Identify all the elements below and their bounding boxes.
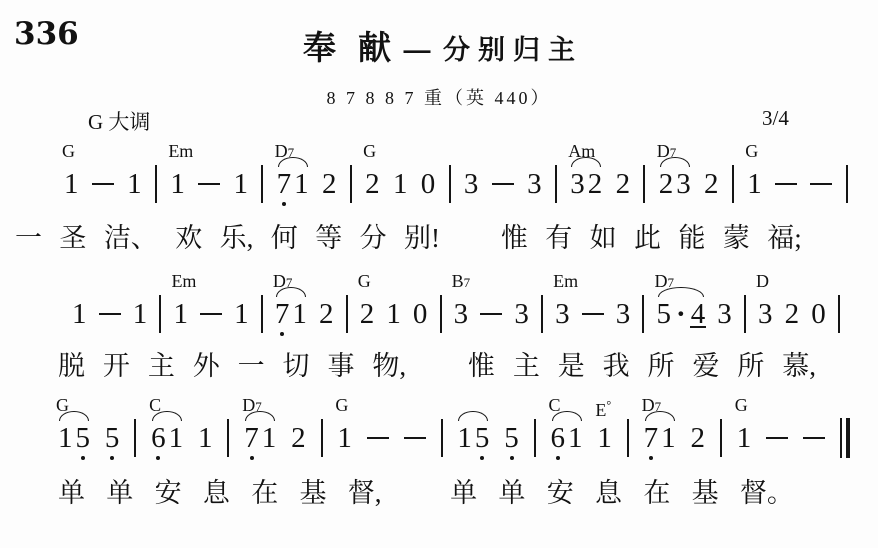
note-digit: 3 [514,296,529,332]
chord-root: G [363,141,376,161]
chord-label: G [735,396,748,414]
lyric-syllable: 如 [590,221,617,255]
lyric-syllable: 息 [595,476,622,510]
note: 2 [322,166,337,202]
note-digit: 3 [464,166,479,202]
chord-label: D7 [275,142,295,162]
note-digit: 4 [691,296,706,332]
lyric-syllable: 有 [545,221,572,255]
note-digit: 2 [365,166,380,202]
lyric-syllable: 福; [767,221,802,255]
note: 5 [105,420,120,456]
slur-group: D771 [244,420,276,456]
note-digit: 3 [616,296,631,332]
hymn-sheet-page: { "page": { "background": "#fdfdfd", "in… [0,0,878,548]
lyric-syllable: 分 [360,221,387,255]
note-digit: 7 [244,420,259,456]
lyric-syllable: 基 [299,476,326,510]
note-digit: 7 [275,296,290,332]
note: 3 [514,296,529,332]
lyric-line-2: 脱开主外一切事物,惟主是我所爱所慕, [58,349,816,383]
chord-label: G [363,142,376,160]
chord-label: E° [595,396,611,419]
lyric-syllable: 脱 [58,349,85,383]
note: 1 [386,296,401,332]
note: 2 [691,420,706,456]
duration-dash [803,437,825,440]
chord-root: D [242,395,255,415]
note-digit: 2 [291,420,306,456]
lyric-syllable: 此 [634,221,661,255]
note: 3 [527,166,542,202]
note: Em1 [173,296,188,332]
lyric-syllable: 慕, [782,349,816,383]
note-digit: 2 [360,296,375,332]
note-digit: 1 [64,166,79,202]
barline [534,419,536,457]
lyric-syllable: 主 [148,349,175,383]
note-digit: 1 [737,420,752,456]
duration-dash [775,183,797,186]
slur-group: 15 [457,420,489,456]
music-line-2: 11Em11D7712G210B733Em33D75·43D320 [72,296,840,332]
note-digit: 1 [292,296,307,332]
lyric-syllable: 物, [372,349,406,383]
note-digit: 3 [717,296,732,332]
note-digit: 1 [72,296,87,332]
chord-root: B [452,271,464,291]
note-digit: 3 [555,296,570,332]
duration-dash [480,313,502,316]
chord-label: C [549,396,561,414]
chord-label: G [358,272,371,290]
duration-dash [198,183,220,186]
note: 1 [133,296,148,332]
note: G1 [747,166,762,202]
lyric-syllable: 主 [513,349,540,383]
chord-label: D7 [655,272,675,292]
slur-group: C61 [551,420,583,456]
note: 3 [616,296,631,332]
chord-number: 7 [255,399,262,414]
chord-label: D7 [242,396,262,416]
note: Em3 [555,296,570,332]
final-barline-thin [840,418,842,458]
chord-root: G [358,271,371,291]
note-digit: 2 [322,166,337,202]
time-signature: 3/4 [762,106,789,131]
note-digit: 2 [659,166,674,202]
duration-dash [766,437,788,440]
chord-number: 7 [464,275,471,290]
chord-label: D7 [642,396,662,416]
lyric-syllable: 惟 [468,349,495,383]
lyric-syllable: 能 [678,221,705,255]
chord-number: 7 [670,145,677,160]
lyric-line-1: 一圣洁、欢乐,何等分别!惟有如此能蒙福; [15,221,802,255]
lyric-syllable: 我 [603,349,630,383]
lyric-syllable: 等 [315,221,342,255]
chord-root: Em [171,271,196,291]
note: G1 [737,420,752,456]
slur-group: D771 [275,296,307,332]
note-digit: 1 [393,166,408,202]
chord-root: D [655,271,668,291]
note: Em1 [170,166,185,202]
note-digit: 1 [173,296,188,332]
barline [744,295,746,333]
note-digit: 2 [616,166,631,202]
note: 0 [413,296,428,332]
lyric-syllable: 惟 [501,221,528,255]
note: 2 [616,166,631,202]
note-digit: 5 [475,420,490,456]
duration-dash [810,183,832,186]
chord-root: G [62,141,75,161]
lyric-syllable: 是 [558,349,585,383]
barline [441,419,443,457]
chord-label: C [149,396,161,414]
title-main: 奉献 [303,29,413,66]
final-barline [840,418,850,458]
chord-root: D [657,141,670,161]
note: G2 [360,296,375,332]
duration-dash [367,437,389,440]
chord-label: B7 [452,272,471,292]
note: 2 [319,296,334,332]
duration-dash [99,313,121,316]
barline [642,295,644,333]
duration-dash [404,437,426,440]
key-signature: G 大调 [88,106,150,136]
final-barline-thick [846,418,850,458]
barline [643,165,645,203]
slur-group: G15 [58,420,90,456]
lyric-syllable: 何 [271,221,298,255]
note-digit: 1 [133,296,148,332]
slur-group: D771 [644,420,676,456]
note: 1 [198,420,213,456]
chord-label: Em [553,272,578,290]
slur-group: Am32 [570,166,602,202]
barline [261,165,263,203]
note: 0 [421,166,436,202]
note-digit: 1 [58,420,73,456]
note-digit: 5 [76,420,91,456]
chord-root: D [275,141,288,161]
barline [541,295,543,333]
note: 3 [717,296,732,332]
lyric-syllable: 一 [238,349,265,383]
barline [350,165,352,203]
hymn-title: 奉献 — 分别归主 [0,22,878,69]
note: 1 [127,166,142,202]
note-digit: 1 [233,166,248,202]
barline [227,419,229,457]
lyric-syllable: 单 [450,476,477,510]
chord-root: D [273,271,286,291]
slur-group: D771 [277,166,309,202]
chord-root: G [335,395,348,415]
note-digit: 3 [676,166,691,202]
lyric-syllable: 欢 [175,221,202,255]
chord-label: D7 [273,272,293,292]
lyric-syllable: 爱 [692,349,719,383]
lyric-syllable: 事 [327,349,354,383]
note-digit: 0 [413,296,428,332]
note-digit: 1 [170,166,185,202]
chord-root: D [756,271,769,291]
lyric-syllable: 所 [737,349,764,383]
lyric-syllable: 圣 [59,221,86,255]
chord-root: G [745,141,758,161]
chord-label: Em [168,142,193,160]
barline [846,165,848,203]
chord-root: Em [168,141,193,161]
chord-root: G [735,395,748,415]
note: G2 [365,166,380,202]
note-digit: 3 [758,296,773,332]
note-digit: 3 [454,296,469,332]
note-digit: 1 [234,296,249,332]
lyric-syllable: 乐, [220,221,254,255]
dot-separator: · [674,296,688,332]
barline [159,295,161,333]
lyric-syllable: 蒙 [723,221,750,255]
note-digit: 2 [588,166,603,202]
lyric-syllable: 别! [404,221,440,255]
duration-dash [200,313,222,316]
note: 2 [704,166,719,202]
note: G1 [337,420,352,456]
lyric-syllable: 外 [193,349,220,383]
duration-dash [92,183,114,186]
note-digit: 1 [262,420,277,456]
lyric-syllable: 基 [692,476,719,510]
note-digit: 1 [597,420,612,456]
chord-label: D7 [657,142,677,162]
note: B73 [454,296,469,332]
chord-label: G [335,396,348,414]
barline [838,295,840,333]
note: 1 [72,296,87,332]
note: 2 [291,420,306,456]
lyric-syllable: 督, [348,476,382,510]
note-digit: 2 [319,296,334,332]
note-digit: 3 [570,166,585,202]
barline [321,419,323,457]
note: D3 [758,296,773,332]
note-digit: 0 [811,296,826,332]
note-digit: 1 [169,420,184,456]
chord-label: G [62,142,75,160]
chord-label: Am [568,142,595,160]
music-line-3: G155C611D7712G1155C61E°1D7712G1 [58,420,850,456]
barline [732,165,734,203]
note-digit: 5 [504,420,519,456]
lyric-syllable: 切 [283,349,310,383]
note-digit: 1 [198,420,213,456]
chord-label: D [756,272,769,290]
chord-root: G [56,395,69,415]
chord-label: G [745,142,758,160]
note: 2 [785,296,800,332]
chord-diminished-icon: ° [606,398,611,412]
duration-dash [582,313,604,316]
note: 1 [234,296,249,332]
note-digit: 1 [457,420,472,456]
lyric-syllable: 一 [15,221,42,255]
title-dash: — [404,35,431,65]
barline [627,419,629,457]
note: 1 [233,166,248,202]
note-digit: 7 [644,420,659,456]
chord-root: C [549,395,561,415]
barline [346,295,348,333]
note-digit: 5 [105,420,120,456]
lyric-syllable: 洁、 [104,221,158,255]
barline [720,419,722,457]
lyric-line-3: 单单安息在基督,单单安息在基督。 [58,476,794,510]
lyric-syllable: 单 [106,476,133,510]
note: 3 [464,166,479,202]
note: 1 [393,166,408,202]
title-subtitle: 分别归主 [443,35,583,65]
note-digit: 0 [421,166,436,202]
barline [134,419,136,457]
chord-label: G [56,396,69,414]
duration-dash [492,183,514,186]
note-digit: 1 [294,166,309,202]
note-digit: 3 [527,166,542,202]
note: G1 [64,166,79,202]
chord-number: 7 [286,275,293,290]
music-line-1: G11Em11D7712G21033Am322D7232G1 [64,166,848,202]
chord-root: Am [568,141,595,161]
note-digit: 1 [747,166,762,202]
note-digit: 2 [704,166,719,202]
barline [440,295,442,333]
note-digit: 1 [337,420,352,456]
lyric-syllable: 在 [251,476,278,510]
note-digit: 2 [785,296,800,332]
lyric-syllable: 安 [547,476,574,510]
note-digit: 6 [151,420,166,456]
chord-root: D [642,395,655,415]
chord-number: 7 [668,275,675,290]
note-digit: 2 [691,420,706,456]
lyric-syllable: 开 [103,349,130,383]
note-digit: 1 [568,420,583,456]
note-digit: 5 [657,296,672,332]
slur-group: D75·4 [657,296,706,332]
note: 5 [504,420,519,456]
barline [261,295,263,333]
chord-number: 7 [655,399,662,414]
note-digit: 6 [551,420,566,456]
lyric-syllable: 单 [498,476,525,510]
note-digit: 1 [386,296,401,332]
note: 0 [811,296,826,332]
chord-root: E [595,400,606,420]
note-digit: 1 [127,166,142,202]
barline [449,165,451,203]
chord-root: C [149,395,161,415]
chord-number: 7 [288,145,295,160]
barline [555,165,557,203]
slur-group: D723 [659,166,691,202]
lyric-syllable: 督。 [740,476,794,510]
note: E°1 [597,420,612,456]
note-digit: 7 [277,166,292,202]
lyric-syllable: 所 [648,349,675,383]
barline [155,165,157,203]
chord-label: Em [171,272,196,290]
lyric-syllable: 息 [203,476,230,510]
lyric-syllable: 在 [643,476,670,510]
chord-root: Em [553,271,578,291]
note-digit: 1 [661,420,676,456]
lyric-syllable: 单 [58,476,85,510]
slur-group: C61 [151,420,183,456]
lyric-syllable: 安 [155,476,182,510]
